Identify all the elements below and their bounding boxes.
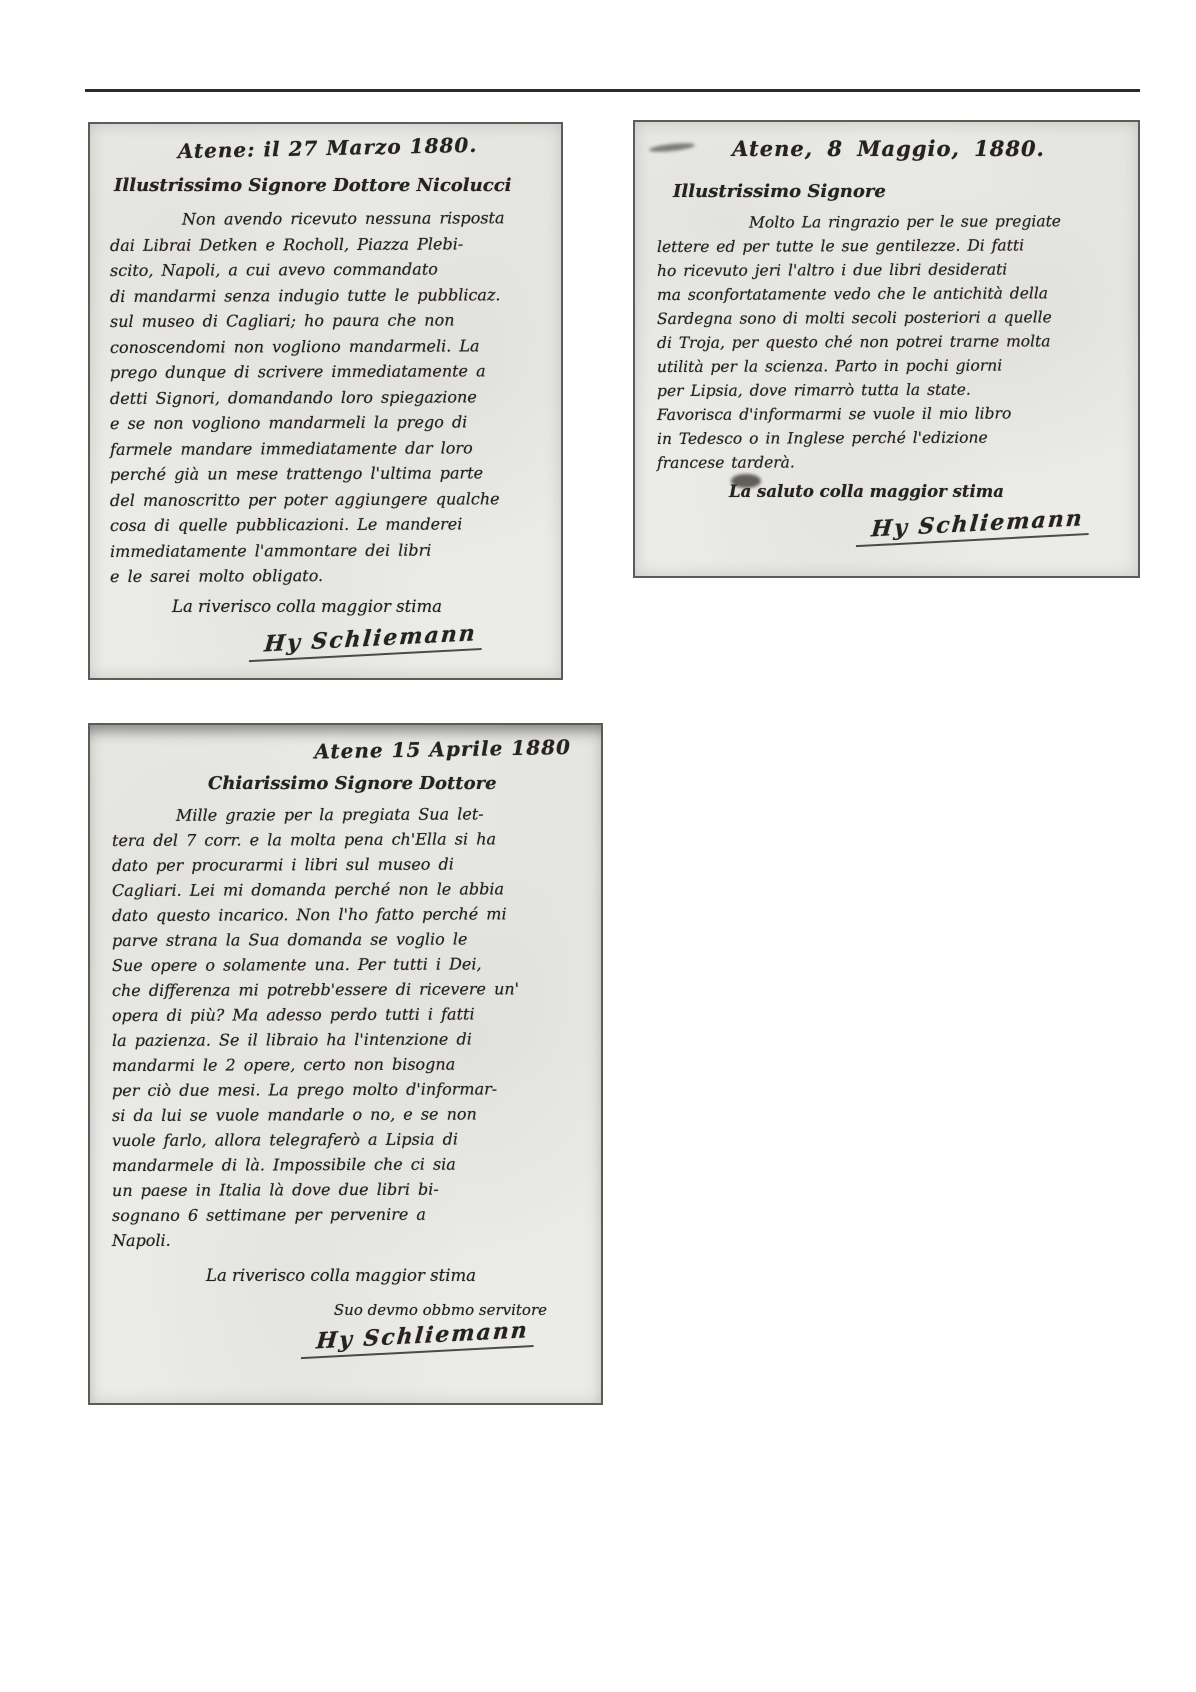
handwritten-line: dai Librai Detken e Rocholl, Piazza Pleb… (110, 231, 545, 258)
letter-body: Molto La ringrazio per le sue pregiatele… (657, 210, 1120, 474)
handwritten-line: del manoscritto per poter aggiungere qua… (110, 486, 545, 513)
signature: Hy Schliemann (301, 1317, 536, 1359)
handwritten-line: immediatamente l'ammontare dei libri (110, 537, 545, 564)
handwritten-line: ma sconfortatamente vedo che le antichit… (657, 281, 1120, 307)
handwritten-line: prego dunque di scrivere immediatamente … (110, 358, 545, 385)
handwritten-line: sul museo di Cagliari; ho paura che non (110, 307, 545, 334)
handwritten-line: farmele mandare immediatamente dar loro (110, 435, 545, 462)
letter-salutation: Illustrissimo Signore Dottore Nicolucci (114, 175, 545, 196)
handwritten-line: per ciò due mesi. La prego molto d'infor… (112, 1076, 583, 1103)
handwritten-line: lettere ed per tutte le sue gentilezze. … (657, 233, 1120, 259)
handwritten-line: in Tedesco o in Inglese perché l'edizion… (657, 425, 1120, 451)
handwritten-line: francese tarderà. (657, 449, 1120, 475)
handwritten-line: opera di più? Ma adesso perdo tutti i fa… (112, 1001, 583, 1028)
ink-smudge (731, 474, 761, 488)
handwritten-line: Molto La ringrazio per le sue pregiate (657, 209, 1120, 235)
handwritten-line: cosa di quelle pubblicazioni. Le mandere… (110, 511, 545, 538)
handwritten-line: sognano 6 settimane per pervenire a (112, 1201, 583, 1228)
handwritten-line: ho ricevuto jeri l'altro i due libri des… (657, 257, 1120, 283)
handwritten-line: per Lipsia, dove rimarrò tutta la state. (657, 377, 1120, 403)
handwritten-line: Sue opere o solamente una. Per tutti i D… (112, 951, 583, 978)
handwritten-line: scito, Napoli, a cui avevo commandato (110, 256, 545, 283)
signature: Hy Schliemann (856, 505, 1091, 547)
letter-body: Non avendo ricevuto nessuna rispostadai … (110, 206, 545, 589)
handwritten-line: la pazienza. Se il libraio ha l'intenzio… (112, 1026, 583, 1053)
handwritten-line: si da lui se vuole mandarle o no, e se n… (112, 1101, 583, 1128)
handwritten-line: Napoli. (112, 1226, 583, 1253)
handwritten-line: conoscendomi non vogliono mandarmeli. La (110, 333, 545, 360)
signature: Hy Schliemann (249, 619, 484, 661)
handwritten-line: detti Signori, domandando loro spiegazio… (110, 384, 545, 411)
handwritten-line: tera del 7 corr. e la molta pena ch'Ella… (112, 826, 583, 853)
handwritten-line: parve strana la Sua domanda se voglio le (112, 926, 583, 953)
handwritten-line: dato questo incarico. Non l'ho fatto per… (112, 901, 583, 928)
letter-scan-15-aprile-1880: Atene 15 Aprile 1880 Chiarissimo Signore… (88, 723, 603, 1405)
handwritten-line: Mille grazie per la pregiata Sua let- (112, 801, 583, 828)
letter-date: Atene 15 Aprile 1880 (112, 735, 571, 767)
handwritten-line: di Troja, per questo ché non potrei trar… (657, 329, 1120, 355)
letter-salutation: Illustrissimo Signore (673, 181, 1120, 202)
document-page: Atene: il 27 Marzo 1880. Illustrissimo S… (0, 0, 1196, 1692)
sender-line: Suo devmo obbmo servitore (112, 1301, 547, 1319)
letter-closing: La riverisco colla maggior stima (206, 1266, 583, 1285)
handwritten-line: che differenza mi potrebb'essere di rice… (112, 976, 583, 1003)
letter-scan-8-maggio-1880: Atene, 8 Maggio, 1880. Illustrissimo Sig… (633, 120, 1140, 578)
handwritten-line: mandarmele di là. Impossibile che ci sia (112, 1151, 583, 1178)
handwritten-line: utilità per la scienza. Parto in pochi g… (657, 353, 1120, 379)
letter-scan-27-marzo-1880: Atene: il 27 Marzo 1880. Illustrissimo S… (88, 122, 563, 680)
letter-closing: La saluto colla maggior stima (729, 482, 1120, 501)
handwritten-line: dato per procurarmi i libri sul museo di (112, 851, 583, 878)
handwritten-line: Sardegna sono di molti secoli posteriori… (657, 305, 1120, 331)
handwritten-line: mandarmi le 2 opere, certo non bisogna (112, 1051, 583, 1078)
handwritten-line: Favorisca d'informarmi se vuole il mio l… (657, 401, 1120, 427)
handwritten-line: perché già un mese trattengo l'ultima pa… (110, 460, 545, 487)
header-rule (85, 89, 1140, 92)
handwritten-line: di mandarmi senza indugio tutte le pubbl… (110, 282, 545, 309)
letter-date: Atene: il 27 Marzo 1880. (110, 131, 545, 164)
handwritten-line: vuole farlo, allora telegraferò a Lipsia… (112, 1126, 583, 1153)
handwritten-line: Cagliari. Lei mi domanda perché non le a… (112, 876, 583, 903)
handwritten-line: un paese in Italia là dove due libri bi- (112, 1176, 583, 1203)
letter-date: Atene, 8 Maggio, 1880. (657, 136, 1120, 161)
handwritten-line: Non avendo ricevuto nessuna risposta (110, 205, 545, 232)
handwritten-line: e se non vogliono mandarmeli la prego di (110, 409, 545, 436)
letter-body: Mille grazie per la pregiata Sua let-ter… (112, 802, 583, 1252)
letter-salutation: Chiarissimo Signore Dottore (208, 773, 583, 794)
letter-closing: La riverisco colla maggior stima (172, 597, 545, 616)
handwritten-line: e le sarei molto obligato. (110, 562, 545, 589)
